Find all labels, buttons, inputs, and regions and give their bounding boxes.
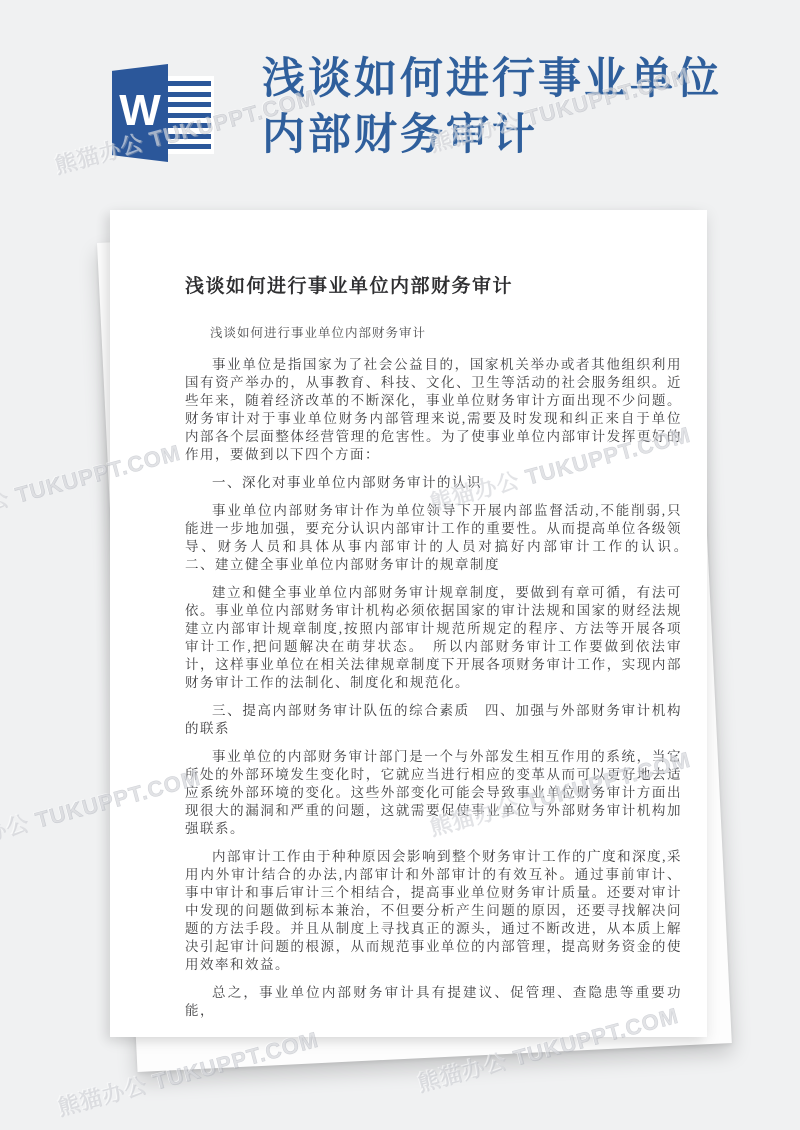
doc-section-heading: 一、深化对事业单位内部财务审计的认识	[185, 474, 682, 492]
document-page: 浅谈如何进行事业单位内部财务审计 浅谈如何进行事业单位内部财务审计 事业单位是指…	[110, 210, 707, 1037]
doc-paragraph: 事业单位是指国家为了社会公益目的，国家机关举办或者其他组织利用国有资产举办的，从…	[185, 356, 682, 464]
word-file-icon: W	[112, 64, 214, 162]
page-title-line2: 内部财务审计	[262, 108, 782, 164]
word-icon-cover: W	[112, 64, 168, 162]
page-title-line1: 浅谈如何进行事业单位	[262, 52, 782, 108]
doc-paragraph: 建立和健全事业单位内部财务审计规章制度，要做到有章可循，有法可依。事业单位内部财…	[185, 584, 682, 692]
page-title: 浅谈如何进行事业单位 内部财务审计	[262, 52, 782, 164]
doc-section-heading: 三、提高内部财务审计队伍的综合素质 四、加强与外部财务审计机构的联系	[185, 702, 682, 738]
doc-paragraph: 内部审计工作由于种种原因会影响到整个财务审计工作的广度和深度,采用内外审计结合的…	[185, 848, 682, 974]
header: W 浅谈如何进行事业单位 内部财务审计	[0, 0, 800, 210]
document-preview-screen: { "watermark": { "text_cn": "熊猫办公", "tex…	[0, 0, 800, 1130]
doc-paragraph: 事业单位的内部财务审计部门是一个与外部发生相互作用的系统，当它所处的外部环境发生…	[185, 748, 682, 838]
doc-paragraph: 总之，事业单位内部财务审计具有提建议、促管理、查隐患等重要功能，	[185, 984, 682, 1020]
doc-paragraphs: 事业单位是指国家为了社会公益目的，国家机关举办或者其他组织利用国有资产举办的，从…	[185, 356, 682, 1020]
doc-subtitle: 浅谈如何进行事业单位内部财务审计	[185, 324, 682, 342]
doc-title: 浅谈如何进行事业单位内部财务审计	[185, 274, 682, 300]
doc-paragraph: 事业单位内部财务审计作为单位领导下开展内部监督活动,不能削弱,只能进一步地加强，…	[185, 502, 682, 574]
word-icon-page-lines	[162, 76, 214, 154]
word-icon-letter: W	[119, 89, 161, 137]
